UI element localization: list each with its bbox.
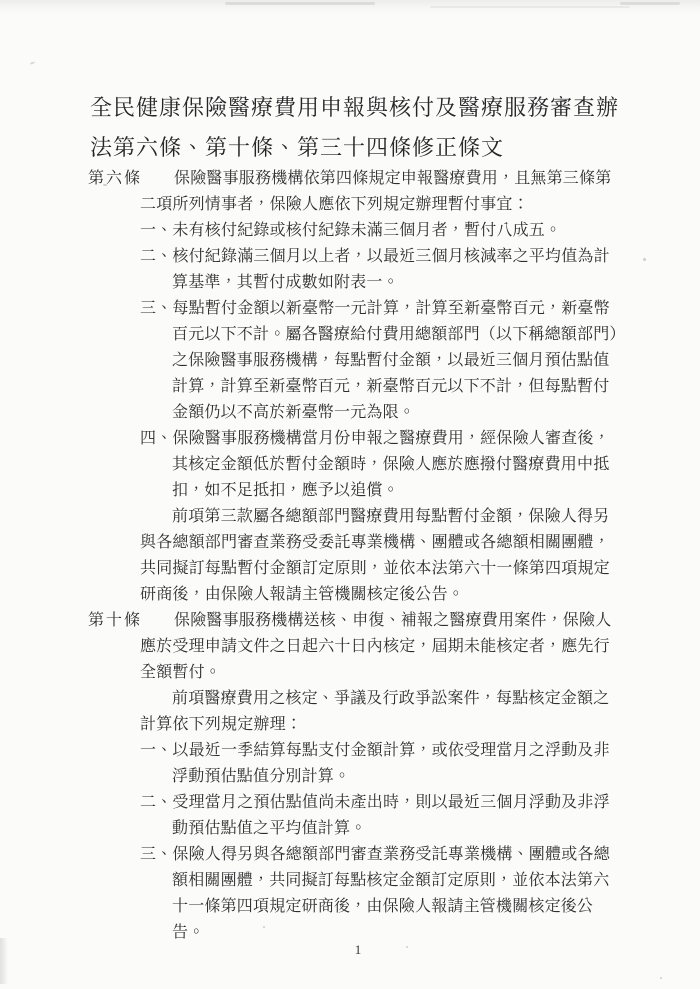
scan-artifact-top-edge <box>0 0 700 14</box>
article-6-item-4: 四、保險醫事服務機構當月份申報之醫療費用，經保險人審查後，其核定金額低於暫付金額… <box>140 426 620 504</box>
document-title-line1: 全民健康保險醫療費用申報與核付及醫療服務審查辦 <box>90 88 650 128</box>
article-10-item-2: 二、受理當月之預估點值尚未產出時，則以最近三個月浮動及非浮動預估點值之平均值計算… <box>140 790 620 842</box>
article-6-closing-paragraph: 前項第三款屬各總額部門醫療費用每點暫付金額，保險人得另與各總額部門審查業務受委託… <box>140 504 620 608</box>
article-6-label: 第六條 <box>88 166 142 192</box>
document-body: 第六條 保險醫事服務機構依第四條規定申報醫療費用，且無第三條第二項所列情事者，保… <box>140 166 620 946</box>
scan-speck <box>30 61 35 65</box>
article-6-item-2: 二、核付紀錄滿三個月以上者，以最近三個月核減率之平均值為計算基準，其暫付成數如附… <box>140 244 620 296</box>
scan-speck <box>660 977 662 979</box>
article-10: 第十條 保險醫事服務機構送核、申復、補報之醫療費用案件，保險人應於受理申請文件之… <box>140 608 620 946</box>
scan-artifact-streak <box>430 6 630 8</box>
article-6: 第六條 保險醫事服務機構依第四條規定申報醫療費用，且無第三條第二項所列情事者，保… <box>140 166 620 608</box>
article-10-label: 第十條 <box>88 608 142 634</box>
scan-artifact-streak <box>620 2 680 5</box>
document-title: 全民健康保險醫療費用申報與核付及醫療服務審查辦 法第六條、第十條、第三十四條修正… <box>90 88 650 168</box>
article-6-intro: 保險醫事服務機構依第四條規定申報醫療費用，且無第三條第二項所列情事者，保險人應依… <box>140 166 620 218</box>
page-number: 1 <box>0 942 700 958</box>
article-6-item-3: 三、每點暫付金額以新臺幣一元計算，計算至新臺幣百元，新臺幣百元以下不計。屬各醫療… <box>140 296 620 426</box>
scanned-document-page: 全民健康保險醫療費用申報與核付及醫療服務審查辦 法第六條、第十條、第三十四條修正… <box>0 0 700 989</box>
scan-speck <box>643 258 646 261</box>
document-title-line2: 法第六條、第十條、第三十四條修正條文 <box>90 128 650 168</box>
article-6-item-1: 一、未有核付紀錄或核付紀錄未滿三個月者，暫付八成五。 <box>140 218 620 244</box>
article-10-item-1: 一、以最近一季結算每點支付金額計算，或依受理當月之浮動及非浮動預估點值分別計算。 <box>140 738 620 790</box>
article-10-intro: 保險醫事服務機構送核、申復、補報之醫療費用案件，保險人應於受理申請文件之日起六十… <box>140 608 620 686</box>
article-10-paragraph-2: 前項醫療費用之核定、爭議及行政爭訟案件，每點核定金額之計算依下列規定辦理： <box>140 686 620 738</box>
article-10-item-3: 三、保險人得另與各總額部門審查業務受託專業機構、團體或各總額相關團體，共同擬訂每… <box>140 842 620 946</box>
scan-artifact-streak <box>225 2 375 5</box>
